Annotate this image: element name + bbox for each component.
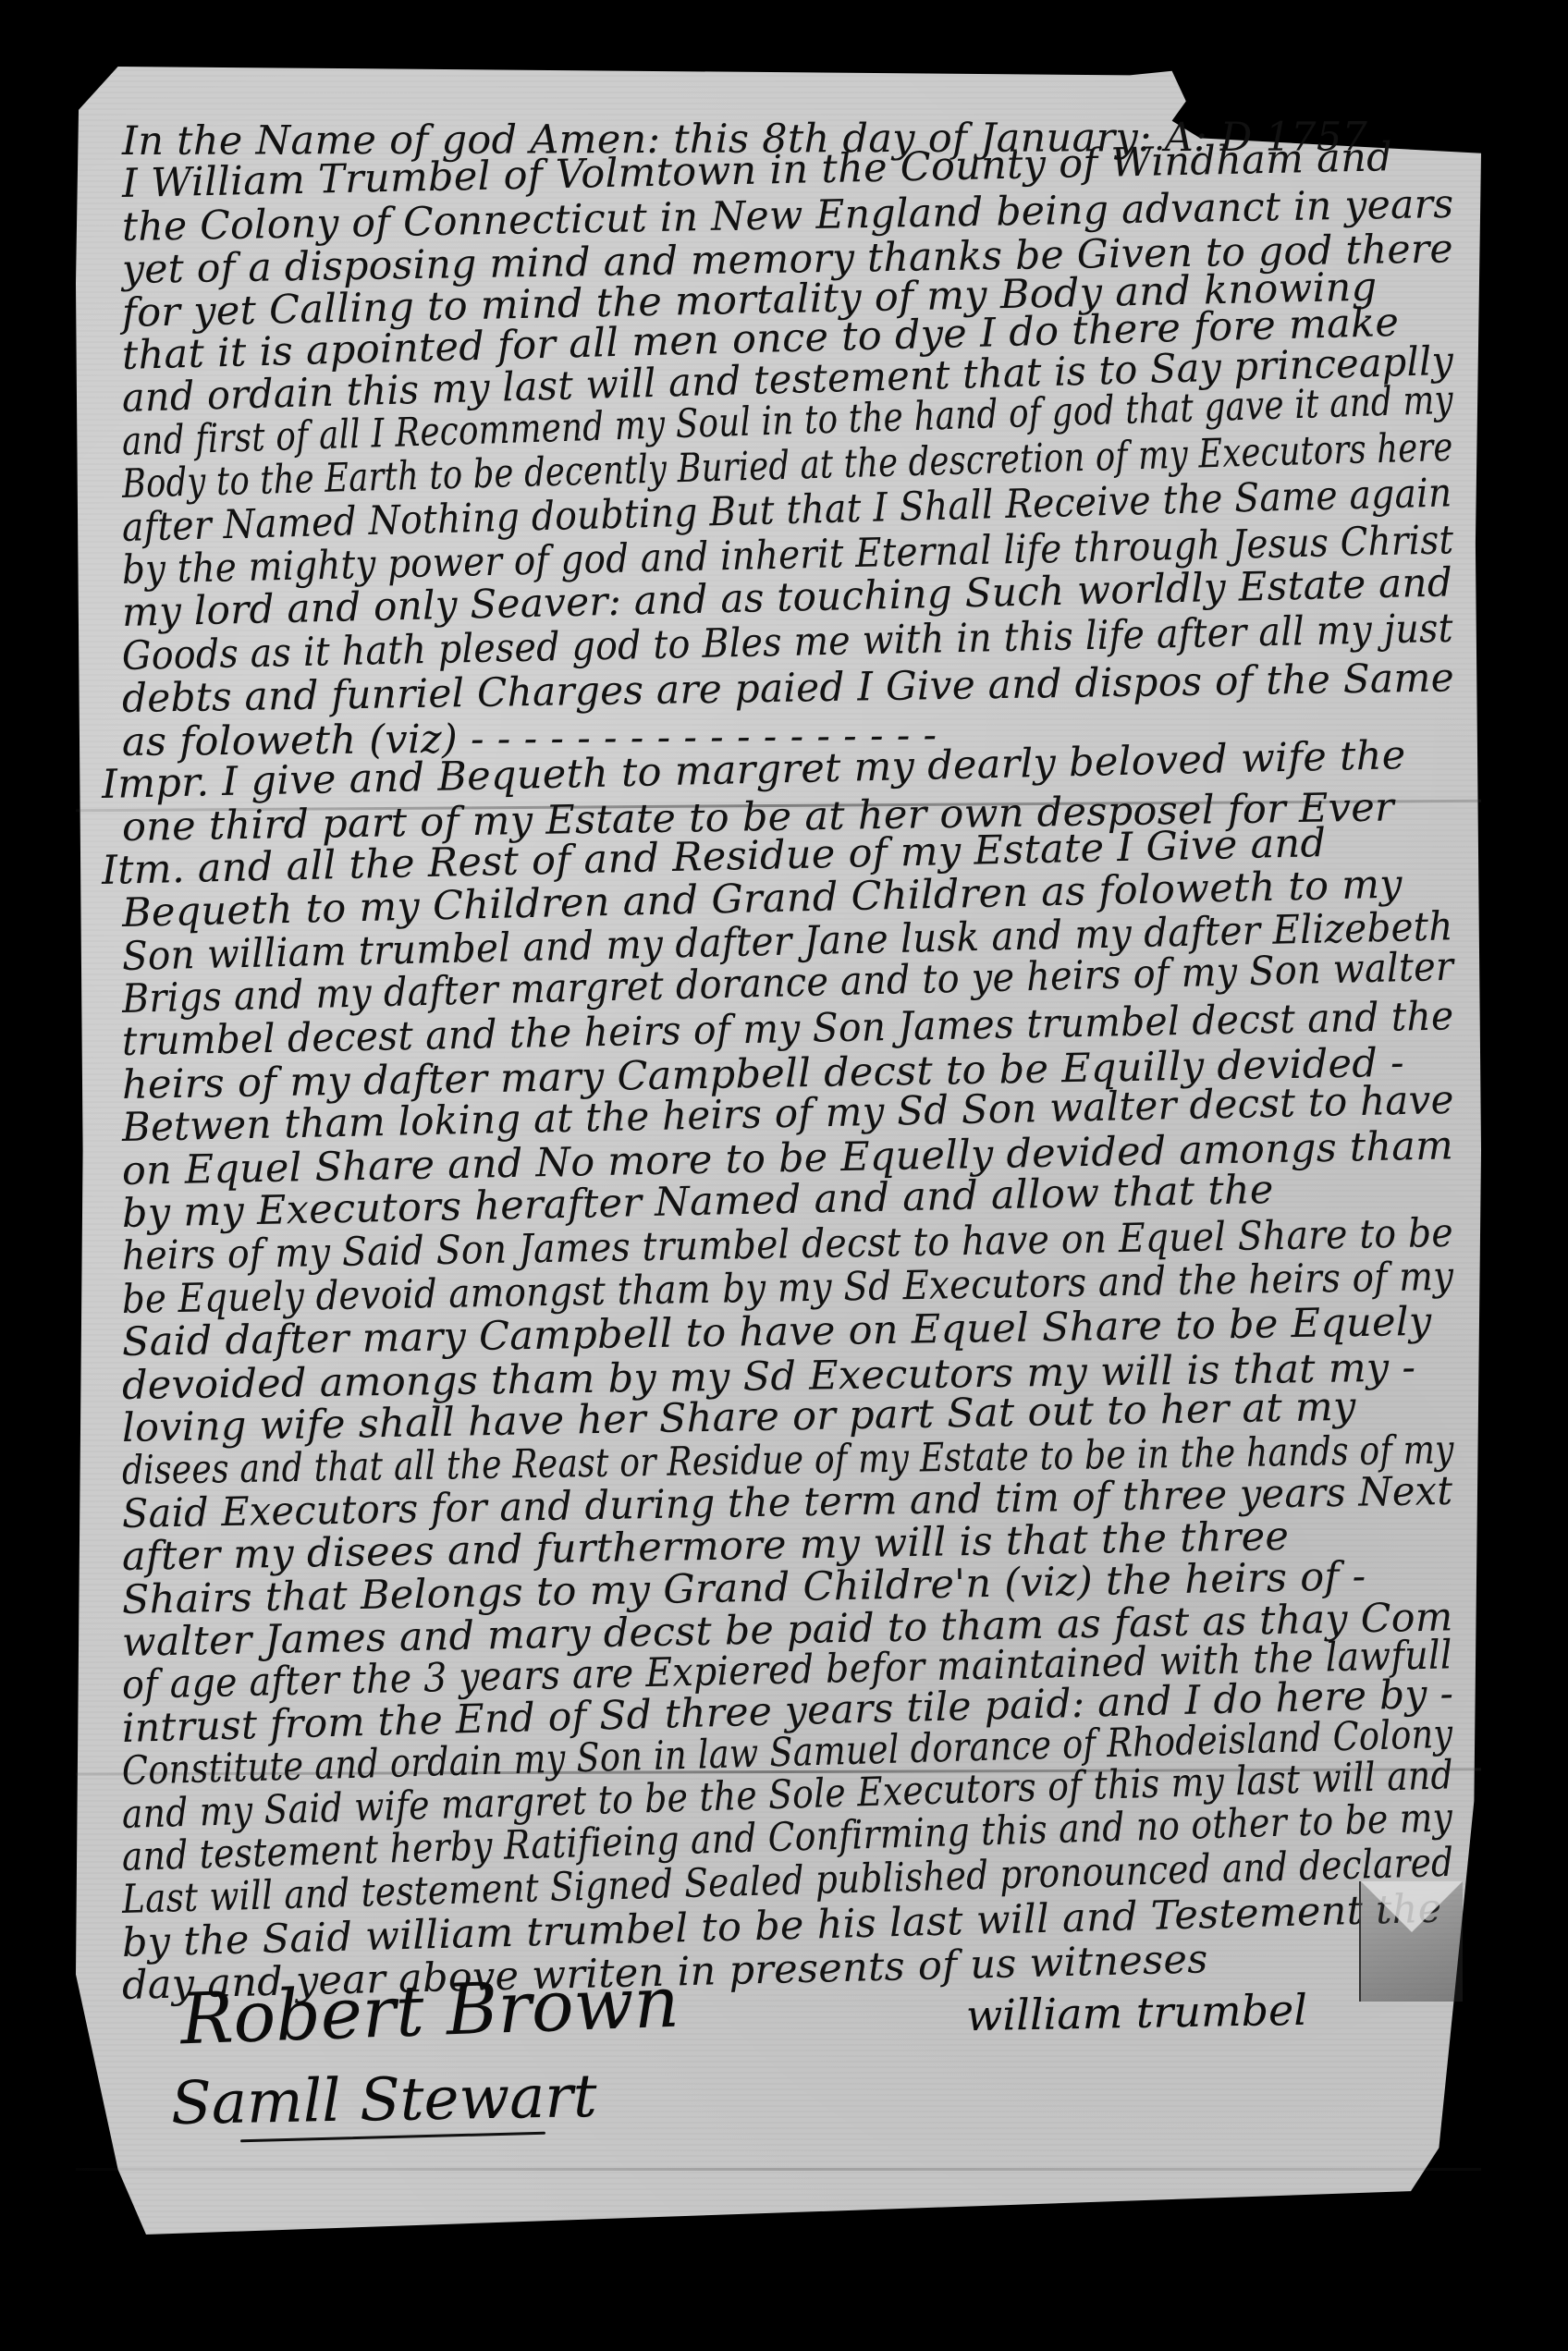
witness-signature-robert-brown: Robert Brown <box>179 1961 680 2061</box>
witness-signature-samll-stewart: Samll Stewart <box>170 2063 597 2138</box>
wax-seal-icon <box>1359 1881 1463 2002</box>
testator-signature-william-trumbel: william trumbel <box>966 1985 1308 2040</box>
fold-line <box>76 2168 1481 2171</box>
